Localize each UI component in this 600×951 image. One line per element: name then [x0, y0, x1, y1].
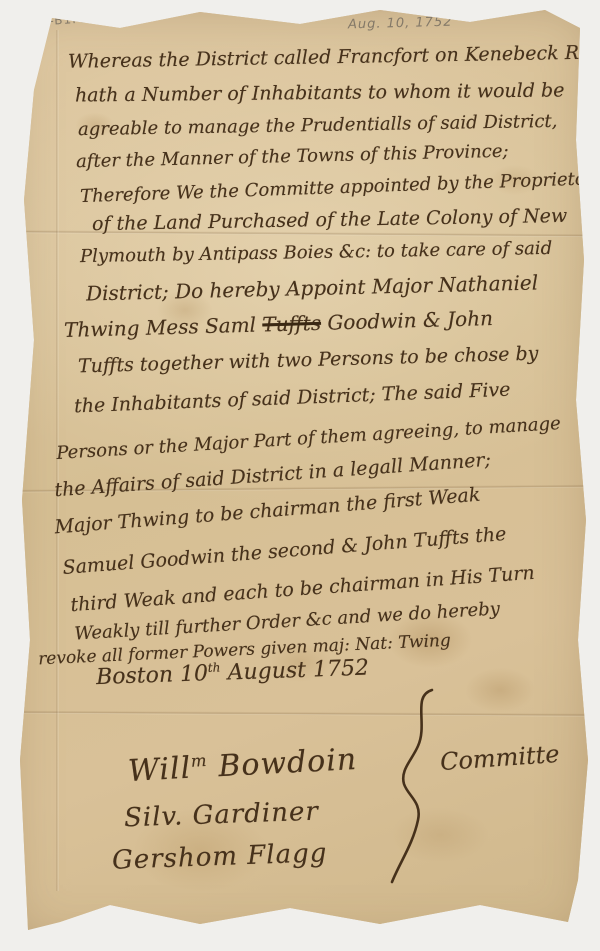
- manuscript-line: the Inhabitants of said District; The sa…: [74, 379, 511, 418]
- signature-william-bowdoin: Willm Bowdoin: [127, 742, 358, 789]
- manuscript-line: Plymouth by Antipass Boies &c: to take c…: [80, 238, 552, 267]
- dateline-superscript: th: [208, 660, 221, 674]
- committee-label: Committe: [439, 740, 560, 776]
- committee-brace: [388, 686, 448, 890]
- manuscript-line-with-strikethrough: Thwing Mess Saml Tuffts Goodwin & John: [64, 306, 493, 342]
- signature-text: Will: [127, 751, 192, 789]
- catalog-number: 60-B1PB-007: [32, 9, 122, 29]
- manuscript-line: hath a Number of Inhabitants to whom it …: [75, 79, 565, 106]
- manuscript-paper: 60-B1PB-007 Aug. 10, 1752 Whereas the Di…: [0, 0, 600, 951]
- signature-gershom-flagg: Gershom Flagg: [112, 838, 328, 875]
- dateline-text: Boston 10: [96, 661, 209, 690]
- manuscript-line: agreable to manage the Prudentialls of s…: [78, 111, 558, 140]
- photo-background: 60-B1PB-007 Aug. 10, 1752 Whereas the Di…: [0, 0, 600, 951]
- pencil-date-annotation: Aug. 10, 1752: [348, 15, 453, 33]
- manuscript-line: Whereas the District called Francfort on…: [68, 41, 600, 73]
- fold-crease: [0, 710, 600, 716]
- manuscript-line: of the Land Purchased of the Late Colony…: [92, 205, 568, 235]
- manuscript-line: after the Manner of the Towns of this Pr…: [76, 141, 509, 173]
- manuscript-line: Tuffts together with two Persons to be c…: [78, 343, 539, 378]
- line-text-before: Thwing Mess Saml: [64, 312, 263, 342]
- manuscript-line: District; Do hereby Appoint Major Nathan…: [86, 270, 539, 305]
- signature-silvester-gardiner: Silv. Gardiner: [124, 797, 320, 834]
- struck-out-word: Tuffts: [262, 311, 321, 337]
- manuscript-line: Therefore We the Committe appointed by t…: [80, 168, 600, 207]
- dateline-text: August 1752: [220, 656, 369, 686]
- line-text-after: Goodwin & John: [321, 306, 494, 335]
- signature-superscript: m: [190, 751, 208, 771]
- signature-text: Bowdoin: [207, 742, 358, 785]
